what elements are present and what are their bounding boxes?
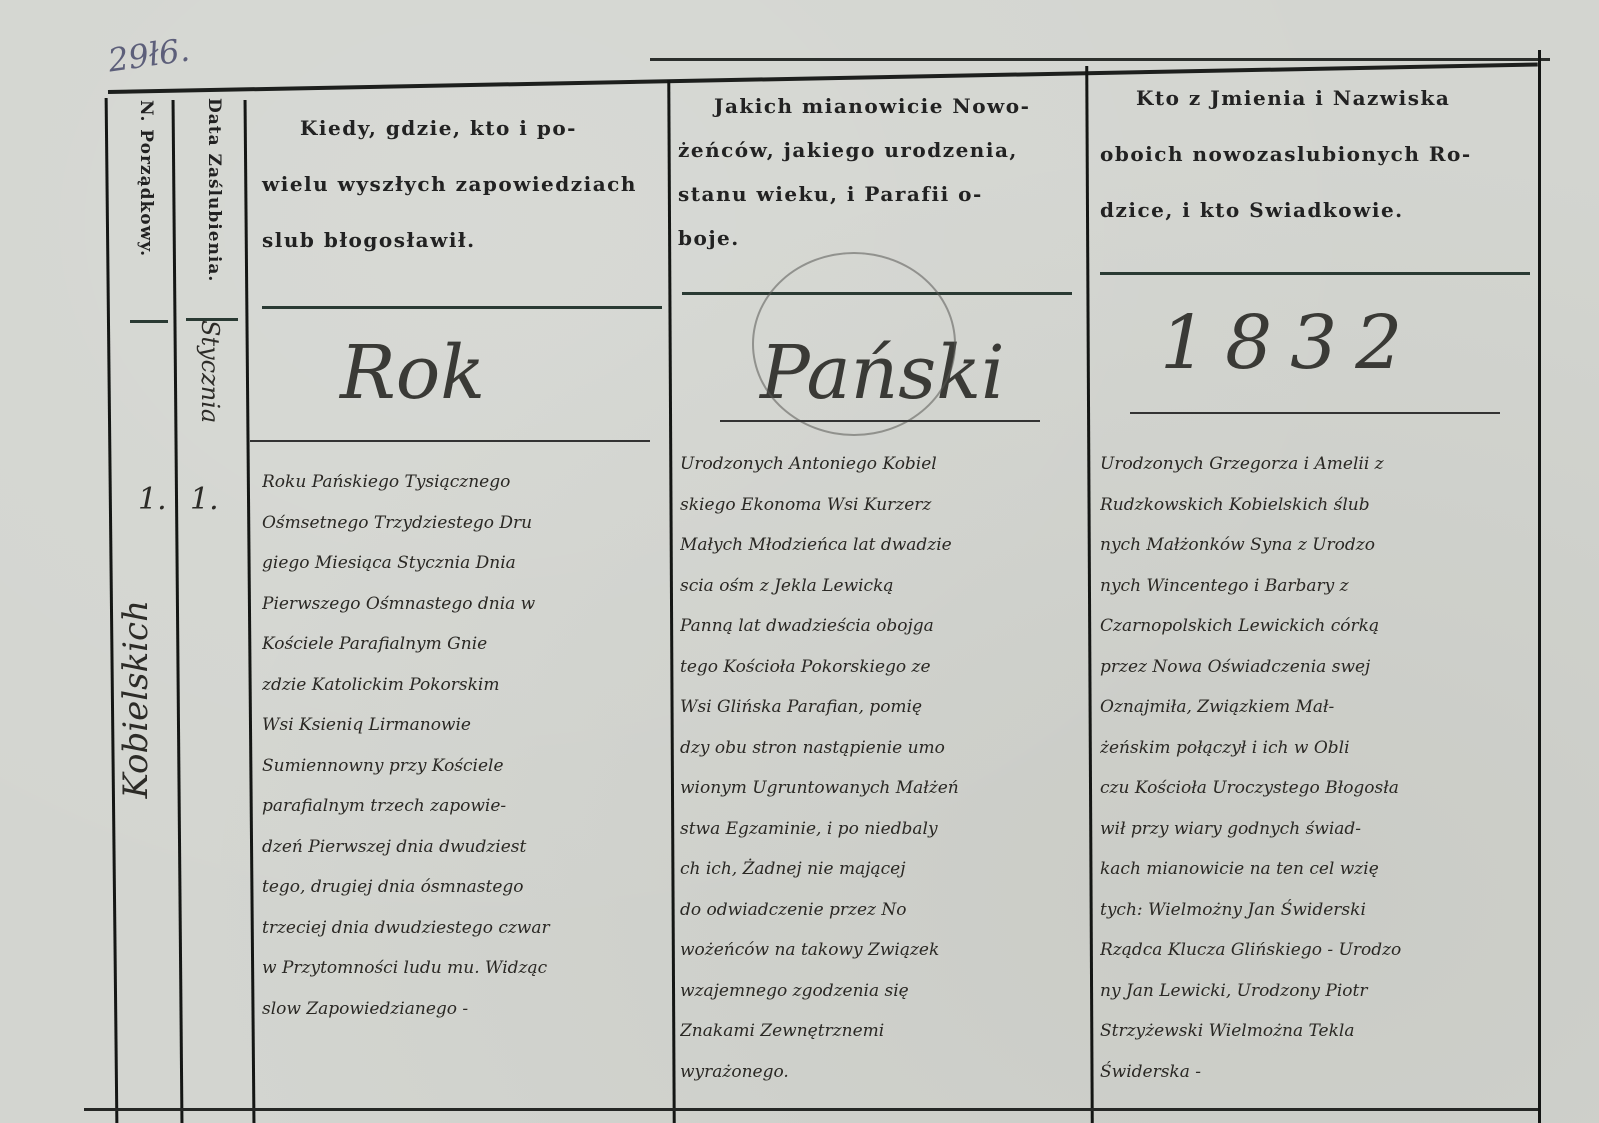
col4-line: Panną lat dwadzieścia obojga [680,606,1080,647]
entry-col5-text: Urodzonych Grzegorza i Amelii z Rudzkows… [1100,444,1536,1092]
col3-line: tego, drugiej dnia ósmnastego [262,867,662,908]
folio-number: 29ł6. [106,31,192,80]
col4-line: dzy obu stron nastąpienie umo [680,728,1080,769]
col3-line: trzeciej dnia dwudziestego czwar [262,908,662,949]
header-col2: Data Zaślubienia. [204,98,224,282]
col5-line: Rządca Klucza Glińskiego - Urodzo [1100,930,1536,971]
col5-line: nych Małżonków Syna z Urodzo [1100,525,1536,566]
entry-col3-text: Roku Pańskiego Tysiącznego Ośmsetnego Tr… [262,462,662,1029]
col5-line: Świderska - [1100,1052,1536,1093]
header-col4: Jakich mianowicie Nowo- żeńców, jakiego … [678,84,1076,260]
col3-line: Kościele Parafialnym Gnie [262,624,662,665]
year-heading-number: 1832 [1160,300,1420,386]
col4-line: scia ośm z Jekla Lewicką [680,566,1080,607]
col3-line: slow Zapowiedzianego - [262,989,662,1030]
header-col3-line1: Kiedy, gdzie, kto i po- [262,100,667,156]
col3-line: giego Miesiąca Stycznia Dnia [262,543,662,584]
header-col5-line2: oboich nowozaslubionych Ro- [1100,126,1532,182]
col3-line: Ośmsetnego Trzydziestego Dru [262,503,662,544]
entry-number: 1. [138,482,167,517]
col5-line: przez Nowa Oświadczenia swej [1100,647,1536,688]
col5-line: Czarnopolskich Lewickich córką [1100,606,1536,647]
col4-line: stwa Egzaminie, i po niedbaly [680,809,1080,850]
border-right [1538,50,1541,1123]
col3-line: parafialnym trzech zapowie- [262,786,662,827]
header-col4-line2: żeńców, jakiego urodzenia, [678,128,1076,172]
header-col5-line1: Kto z Jmienia i Nazwiska [1100,70,1532,126]
col5-line: ny Jan Lewicki, Urodzony Piotr [1100,971,1536,1012]
col5-line: Urodzonych Grzegorza i Amelii z [1100,444,1536,485]
col4-line: wyrażonego. [680,1052,1080,1093]
col4-line: skiego Ekonoma Wsi Kurzerz [680,485,1080,526]
year-underline-col4 [720,420,1040,422]
col4-line: Wsi Glińska Parafian, pomię [680,687,1080,728]
col4-line: Małych Młodzieńca lat dwadzie [680,525,1080,566]
header-rule-col3 [262,306,662,309]
col3-line: Sumiennowny przy Kościele [262,746,662,787]
col5-line: tych: Wielmożny Jan Świderski [1100,890,1536,931]
entry-surname-margin: Kobielskich [116,600,156,798]
col4-line: wzajemnego zgodzenia się [680,971,1080,1012]
header-rule-col1 [130,320,168,323]
year-heading-word1: Rok [340,330,485,416]
register-page: 29ł6. N. Porządkowy. Data Zaślubienia. K… [0,0,1599,1123]
ornamental-flourish [752,252,956,436]
col3-line: dzeń Pierwszej dnia dwudziest [262,827,662,868]
col4-line: tego Kościoła Pokorskiego ze [680,647,1080,688]
header-col3-line3: slub błogosławił. [262,212,667,268]
col5-line: Rudzkowskich Kobielskich ślub [1100,485,1536,526]
entry-date-month: Stycznia [196,320,224,423]
col3-line: Wsi Ksieniq Lirmanowie [262,705,662,746]
col3-line: w Przytomności ludu mu. Widząc [262,948,662,989]
col5-line: nych Wincentego i Barbary z [1100,566,1536,607]
col5-line: kach mianowicie na ten cel wzię [1100,849,1536,890]
header-col5-line3: dzice, i kto Swiadkowie. [1100,182,1532,238]
col4-line: wożeńców na takowy Związek [680,930,1080,971]
col4-line: Urodzonych Antoniego Kobiel [680,444,1080,485]
year-underline-col5 [1130,412,1500,414]
header-rule-col5 [1100,272,1530,275]
col5-line: wił przy wiary godnych świad- [1100,809,1536,850]
header-col3: Kiedy, gdzie, kto i po- wielu wyszłych z… [262,100,667,268]
col5-line: czu Kościoła Uroczystego Błogosła [1100,768,1536,809]
col3-line: Pierwszego Ośmnastego dnia w [262,584,662,625]
col4-line: ch ich, Żadnej nie mającej [680,849,1080,890]
col3-line: zdzie Katolickim Pokorskim [262,665,662,706]
header-col1: N. Porządkowy. [136,100,156,257]
header-col4-line3: stanu wieku, i Parafii o- [678,172,1076,216]
top-rule-right [650,58,1550,61]
col5-line: żeńskim połączył i ich w Obli [1100,728,1536,769]
header-col5: Kto z Jmienia i Nazwiska oboich nowozasl… [1100,70,1532,238]
col5-line: Oznajmiła, Związkiem Mał- [1100,687,1536,728]
year-underline-col3 [250,440,650,442]
col4-line: Znakami Zewnętrznemi [680,1011,1080,1052]
divider-col2-col3 [244,100,256,1123]
divider-col3-col4 [667,80,675,1123]
divider-col4-col5 [1085,66,1094,1123]
header-col4-line1: Jakich mianowicie Nowo- [678,84,1076,128]
bottom-rule [84,1108,1538,1111]
col3-line: Roku Pańskiego Tysiącznego [262,462,662,503]
divider-col1-col2 [172,100,184,1123]
entry-date-day: 1. [190,482,219,517]
entry-col4-text: Urodzonych Antoniego Kobiel skiego Ekono… [680,444,1080,1092]
header-col3-line2: wielu wyszłych zapowiedziach [262,156,667,212]
col4-line: wionym Ugruntowanych Małżeń [680,768,1080,809]
col5-line: Strzyżewski Wielmożna Tekla [1100,1011,1536,1052]
col4-line: do odwiadczenie przez No [680,890,1080,931]
